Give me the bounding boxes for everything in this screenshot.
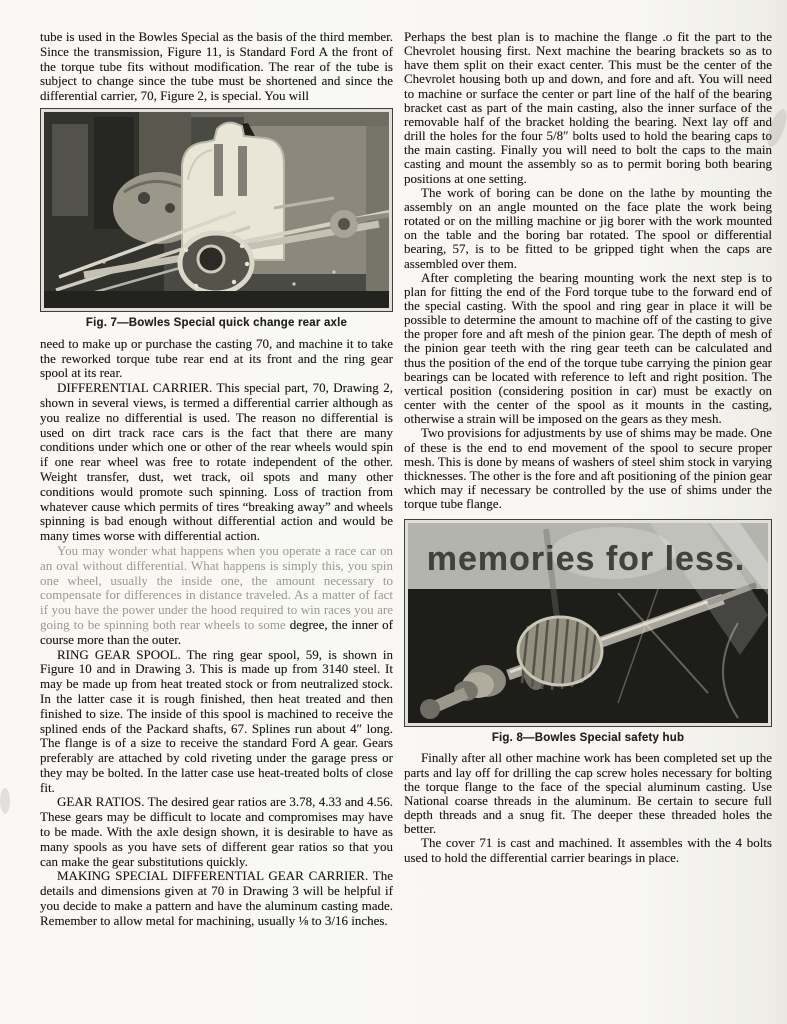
- paragraph-after-completing: After completing the bearing mounting wo…: [404, 271, 772, 427]
- watermark-text: memories for less.: [427, 540, 745, 578]
- right-column: Perhaps the best plan is to machine the …: [404, 30, 772, 865]
- figure-8-photo-frame: memories for less.: [404, 519, 772, 727]
- paragraph-need: need to make up or purchase the casting …: [40, 337, 393, 381]
- paragraph-cover-71: The cover 71 is cast and machined. It as…: [404, 836, 772, 864]
- scanned-book-page: tube is used in the Bowles Special as th…: [0, 0, 787, 1024]
- figure-8-caption: Fig. 8—Bowles Special safety hub: [404, 731, 772, 745]
- paragraph-ring-gear-spool: RING GEAR SPOOL. The ring gear spool, 59…: [40, 648, 393, 796]
- figure-8: memories for less. Fig. 8—Bowles Special…: [404, 519, 772, 745]
- paragraph-gear-ratios: GEAR RATIOS. The desired gear ratios are…: [40, 795, 393, 869]
- paragraph-finally: Finally after all other machine work has…: [404, 751, 772, 836]
- paragraph-two-provisions: Two provisions for adjustments by use of…: [404, 426, 772, 511]
- figure-7-photo-frame: [40, 108, 393, 312]
- figure-7-caption: Fig. 7—Bowles Special quick change rear …: [40, 316, 393, 331]
- safety-hub-photo: memories for less.: [408, 523, 768, 723]
- paragraph-differential-carrier: DIFFERENTIAL CARRIER. This special part,…: [40, 381, 393, 544]
- scan-smudge: [0, 788, 10, 814]
- left-column: tube is used in the Bowles Special as th…: [40, 30, 393, 929]
- paragraph-you-may-wonder: You may wonder what happens when you ope…: [40, 544, 393, 648]
- rear-axle-photo: [44, 112, 389, 308]
- paragraph-making-carrier: MAKING SPECIAL DIFFERENTIAL GEAR CARRIER…: [40, 869, 393, 928]
- figure-7: Fig. 7—Bowles Special quick change rear …: [40, 108, 393, 331]
- paragraph-intro: tube is used in the Bowles Special as th…: [40, 30, 393, 104]
- paragraph-work-of-boring: The work of boring can be done on the la…: [404, 186, 772, 271]
- paragraph-perhaps: Perhaps the best plan is to machine the …: [404, 30, 772, 186]
